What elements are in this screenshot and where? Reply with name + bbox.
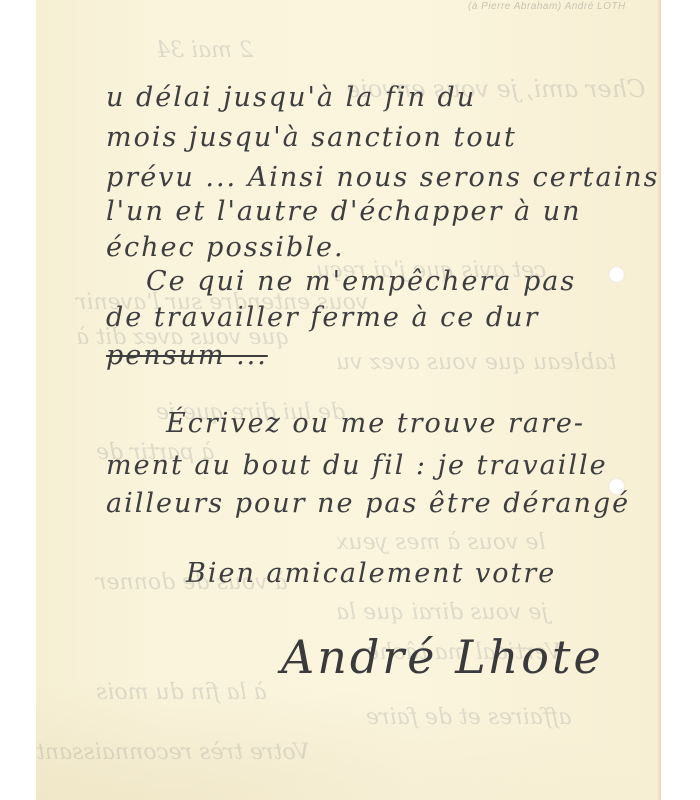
bleed-through-line: affaires et de faire [366, 705, 571, 730]
letter-line: prévu ... Ainsi nous serons certains [106, 162, 659, 193]
letter-page: (à Pierre Abraham) André LOTH 2 mai 34 C… [36, 0, 661, 800]
punch-hole [608, 478, 625, 495]
bleed-through-line: je vous dirai que la [336, 600, 548, 625]
letter-line: u délai jusqu'à la fin du [106, 82, 476, 113]
letter-line: l'un et l'autre d'échapper à un [106, 196, 581, 227]
bleed-through-line: Votre très reconnaissant [36, 740, 309, 765]
bleed-through-date: 2 mai 34 [156, 38, 253, 63]
letter-line: Écrivez ou me trouve rare- [166, 408, 585, 439]
letter-line: ailleurs pour ne pas être dérangé [106, 488, 630, 519]
letter-line: pensum ... [106, 340, 268, 371]
bleed-through-line: à la fin du mois [96, 680, 267, 705]
letter-line: de travailler ferme à ce dur [106, 302, 539, 333]
punch-hole [608, 266, 625, 283]
letter-line: ment au bout du fil : je travaille [106, 450, 608, 481]
letter-line: mois jusqu'à sanction tout [106, 122, 517, 153]
bleed-through-line: tableau que vous avez vu [336, 350, 617, 375]
letter-line: Ce qui ne m'empêchera pas [146, 266, 576, 297]
bleed-through-line: le vous à mes yeux [336, 530, 545, 555]
letter-closing: Bien amicalement votre [186, 558, 556, 589]
signature: André Lhote [281, 630, 604, 684]
letter-line: échec possible. [106, 232, 345, 263]
archive-annotation: (à Pierre Abraham) André LOTH [468, 1, 626, 12]
